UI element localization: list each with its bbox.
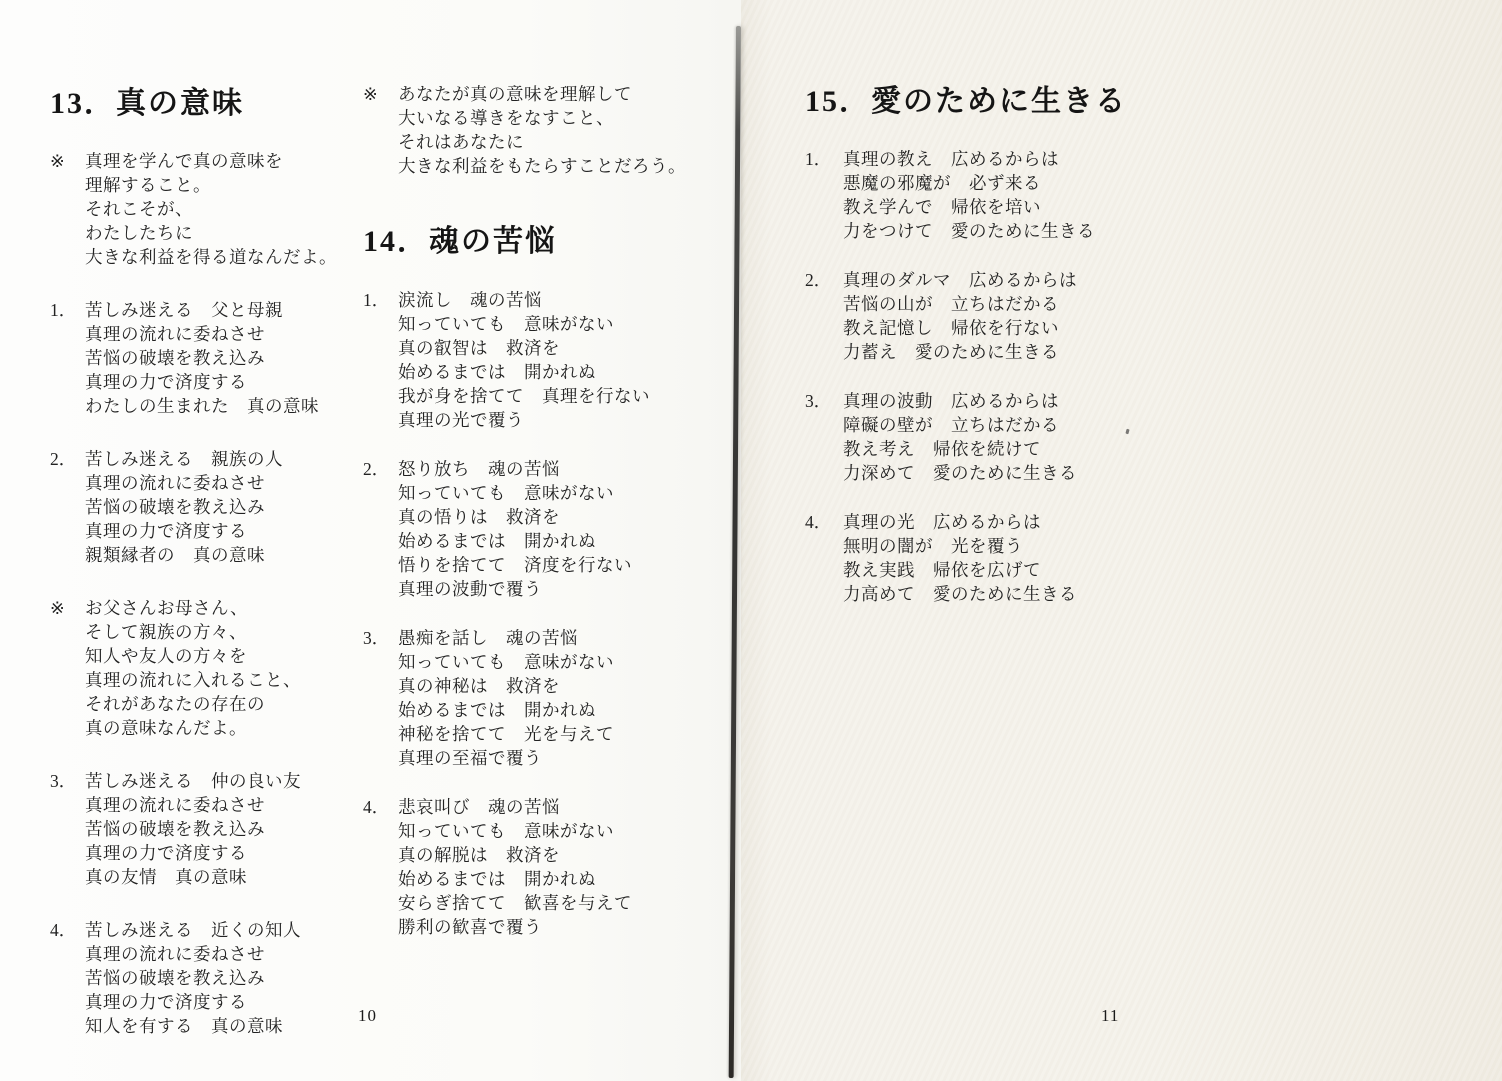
verse-lines: 苦しみ迷える 仲の良い友 真理の流れに委ねさせ 苦悩の破壊を教え込み 真理の力で… (85, 769, 301, 889)
verse-block: 3． 愚痴を話し 魂の苦悩 知っていても 意味がない 真の神秘は 救済を 始める… (363, 626, 693, 770)
verse-number: 1． (363, 288, 398, 312)
verse-lines: 苦しみ迷える 近くの知人 真理の流れに委ねさせ 苦悩の破壊を教え込み 真理の力で… (85, 918, 301, 1038)
refrain-block: ※ 真理を学んで真の意味を 理解すること。 それこそが、 わたしたちに 大きな利… (50, 149, 355, 269)
verse-number: 4． (50, 918, 85, 942)
refrain-lines: 真理を学んで真の意味を 理解すること。 それこそが、 わたしたちに 大きな利益を… (85, 149, 337, 269)
left-page-column-1: 13．真の意味 ※ 真理を学んで真の意味を 理解すること。 それこそが、 わたし… (50, 78, 355, 1067)
verse-lines: 涙流し 魂の苦悩 知っていても 意味がない 真の叡智は 救済を 始めるまでは 開… (398, 288, 650, 432)
verse-number: 1． (805, 147, 843, 171)
verse-number: 3． (50, 769, 85, 793)
refrain-block: ※ あなたが真の意味を理解して 大いなる導きをなすこと、 それはあなたに 大きな… (363, 82, 693, 178)
verse-lines: 悲哀叫び 魂の苦悩 知っていても 意味がない 真の解脱は 救済を 始めるまでは … (398, 795, 632, 939)
verse-block: 1． 苦しみ迷える 父と母親 真理の流れに委ねさせ 苦悩の破壊を教え込み 真理の… (50, 298, 355, 418)
verse-number: 3． (805, 389, 843, 413)
verse-block: 4． 真理の光 広めるからは 無明の闇が 光を覆う 教え実践 帰依を広げて 力高… (805, 510, 1145, 606)
section-heading-13: 13．真の意味 (50, 78, 355, 122)
section-heading-15: 15．愛のために生きる (805, 76, 1145, 120)
verse-lines: 愚痴を話し 魂の苦悩 知っていても 意味がない 真の神秘は 救済を 始めるまでは… (398, 626, 614, 770)
verse-lines: 苦しみ迷える 親族の人 真理の流れに委ねさせ 苦悩の破壊を教え込み 真理の力で済… (85, 447, 283, 567)
verse-block: 1． 涙流し 魂の苦悩 知っていても 意味がない 真の叡智は 救済を 始めるまで… (363, 288, 693, 432)
refrain-marker: ※ (50, 149, 85, 173)
left-page-column-2: ※ あなたが真の意味を理解して 大いなる導きをなすこと、 それはあなたに 大きな… (363, 82, 693, 964)
verse-block: 2． 怒り放ち 魂の苦悩 知っていても 意味がない 真の悟りは 救済を 始めるま… (363, 457, 693, 601)
verse-number: 2． (805, 268, 843, 292)
verse-block: 3． 苦しみ迷える 仲の良い友 真理の流れに委ねさせ 苦悩の破壊を教え込み 真理… (50, 769, 355, 889)
verse-block: 3． 真理の波動 広めるからは 障礙の壁が 立ちはだかる 教え考え 帰依を続けて… (805, 389, 1145, 485)
verse-block: 4． 悲哀叫び 魂の苦悩 知っていても 意味がない 真の解脱は 救済を 始めるま… (363, 795, 693, 939)
refrain-lines: あなたが真の意味を理解して 大いなる導きをなすこと、 それはあなたに 大きな利益… (398, 82, 686, 178)
book-spread: 13．真の意味 ※ 真理を学んで真の意味を 理解すること。 それこそが、 わたし… (0, 0, 1502, 1081)
verse-block: 2． 苦しみ迷える 親族の人 真理の流れに委ねさせ 苦悩の破壊を教え込み 真理の… (50, 447, 355, 567)
page-number-left: 10 (358, 1006, 377, 1026)
verse-lines: 真理の波動 広めるからは 障礙の壁が 立ちはだかる 教え考え 帰依を続けて 力深… (843, 389, 1077, 485)
verse-lines: 苦しみ迷える 父と母親 真理の流れに委ねさせ 苦悩の破壊を教え込み 真理の力で済… (85, 298, 319, 418)
refrain-block: ※ お父さんお母さん、 そして親族の方々、 知人や友人の方々を 真理の流れに入れ… (50, 596, 355, 740)
verse-block: 2． 真理のダルマ 広めるからは 苦悩の山が 立ちはだかる 教え記憶し 帰依を行… (805, 268, 1145, 364)
refrain-lines: お父さんお母さん、 そして親族の方々、 知人や友人の方々を 真理の流れに入れるこ… (85, 596, 301, 740)
refrain-marker: ※ (50, 596, 85, 620)
verse-number: 4． (363, 795, 398, 819)
refrain-marker: ※ (363, 82, 398, 106)
verse-number: 2． (50, 447, 85, 471)
verse-block: 4． 苦しみ迷える 近くの知人 真理の流れに委ねさせ 苦悩の破壊を教え込み 真理… (50, 918, 355, 1038)
verse-lines: 怒り放ち 魂の苦悩 知っていても 意味がない 真の悟りは 救済を 始めるまでは … (398, 457, 632, 601)
right-page-column: 15．愛のために生きる 1． 真理の教え 広めるからは 悪魔の邪魔が 必ず来る … (805, 76, 1145, 631)
verse-number: 4． (805, 510, 843, 534)
verse-number: 3． (363, 626, 398, 650)
section-heading-14: 14．魂の苦悩 (363, 216, 693, 260)
verse-block: 1． 真理の教え 広めるからは 悪魔の邪魔が 必ず来る 教え学んで 帰依を培い … (805, 147, 1145, 243)
verse-lines: 真理の教え 広めるからは 悪魔の邪魔が 必ず来る 教え学んで 帰依を培い 力をつ… (843, 147, 1095, 243)
verse-number: 2． (363, 457, 398, 481)
page-number-right: 11 (1101, 1006, 1119, 1026)
verse-lines: 真理のダルマ 広めるからは 苦悩の山が 立ちはだかる 教え記憶し 帰依を行ない … (843, 268, 1077, 364)
verse-number: 1． (50, 298, 85, 322)
verse-lines: 真理の光 広めるからは 無明の闇が 光を覆う 教え実践 帰依を広げて 力高めて … (843, 510, 1077, 606)
